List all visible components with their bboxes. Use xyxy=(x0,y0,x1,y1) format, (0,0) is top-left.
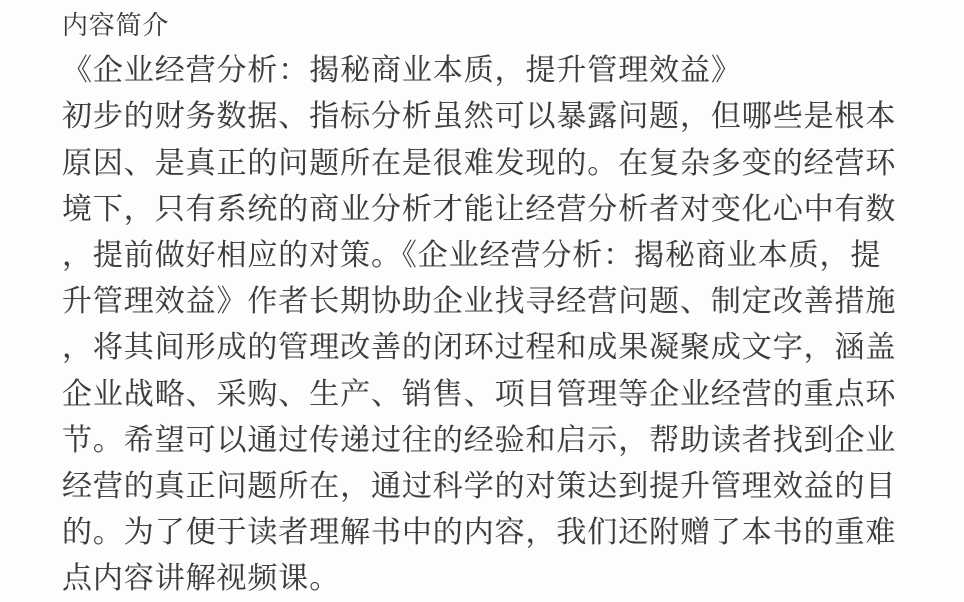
paragraph-line: ，将其间形成的管理改善的闭环过程和成果凝聚成文字，涵盖 xyxy=(62,325,922,371)
paragraph-line: 节。希望可以通过传递过往的经验和启示，帮助读者找到企业 xyxy=(62,418,922,464)
paragraph-line: 原因、是真正的问题所在是很难发现的。在复杂多变的经营环 xyxy=(62,141,922,187)
section-heading: 内容简介 xyxy=(62,2,922,48)
paragraph-line: 经营的真正问题所在，通过科学的对策达到提升管理效益的目 xyxy=(62,464,922,510)
paragraph-line: 点内容讲解视频课。 xyxy=(62,556,922,602)
paragraph-line: ，提前做好相应的对策。《企业经营分析：揭秘商业本质，提 xyxy=(62,233,922,279)
paragraph-line: 企业战略、采购、生产、销售、项目管理等企业经营的重点环 xyxy=(62,372,922,418)
paragraph-line: 升管理效益》作者长期协助企业找寻经营问题、制定改善措施 xyxy=(62,279,922,325)
book-description: 内容简介 《企业经营分析：揭秘商业本质，提升管理效益》 初步的财务数据、指标分析… xyxy=(62,2,922,602)
book-title-line: 《企业经营分析：揭秘商业本质，提升管理效益》 xyxy=(62,48,922,94)
book-intro-page: 内容简介 《企业经营分析：揭秘商业本质，提升管理效益》 初步的财务数据、指标分析… xyxy=(0,0,964,602)
paragraph-line: 初步的财务数据、指标分析虽然可以暴露问题，但哪些是根本 xyxy=(62,94,922,140)
paragraph-line: 的。为了便于读者理解书中的内容，我们还附赠了本书的重难 xyxy=(62,510,922,556)
paragraph-line: 境下，只有系统的商业分析才能让经营分析者对变化心中有数 xyxy=(62,187,922,233)
